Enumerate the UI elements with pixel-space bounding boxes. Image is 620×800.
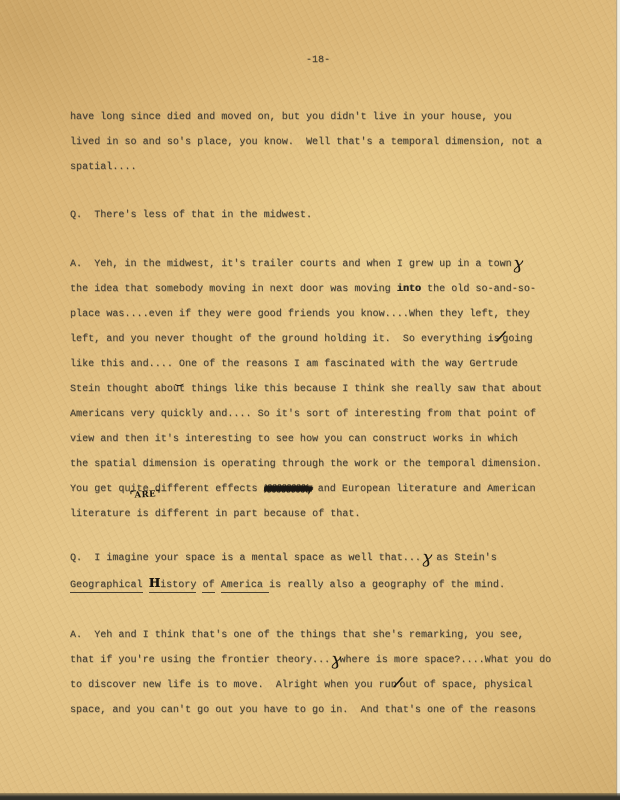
text-line: the spatial dimension is operating throu… — [70, 452, 566, 477]
underlined-title-word: of — [202, 580, 214, 593]
overstruck-word: into — [397, 284, 421, 295]
line-text: A. Yeh, in the midwest, it's trailer cou… — [70, 259, 512, 270]
line-text: as Stein's — [430, 553, 497, 564]
text-line: Geographical History of America is reall… — [70, 571, 566, 598]
pen-insertion-mark-icon: ɣ — [512, 258, 523, 269]
answer-1: A. Yeh, in the midwest, it's trailer cou… — [70, 252, 566, 527]
line-text: and European literature and American — [312, 484, 536, 495]
underlined-title-word: America — [221, 580, 269, 593]
pen-are-insertion: ⌜ARE⌝ — [129, 490, 160, 500]
text-line: spatial.... — [70, 155, 566, 180]
line-text: literature — [70, 509, 131, 520]
scribbled-out-word: xxxxxxxxx, — [262, 477, 313, 502]
scanned-page: -18- have long since died and moved on, … — [0, 0, 620, 800]
text-line: that if you're using the frontier theory… — [70, 648, 566, 673]
line-text: going — [502, 334, 532, 345]
line-text: different in part because of that. — [149, 509, 361, 520]
line-text: to discover new life is to move. Alright… — [70, 680, 397, 691]
word-with-insertion: ⌜ARE⌝is — [137, 502, 149, 527]
page-number: -18- — [70, 48, 566, 73]
line-text: out of space, physical — [399, 680, 532, 691]
underlined-title-word: Geographical — [70, 580, 143, 593]
word-text: One — [179, 359, 197, 370]
pen-undertie-mark-icon: ‿ — [175, 377, 183, 384]
text-line: Q. There's less of that in the midwest. — [70, 203, 566, 228]
text-line: place was....even if they were good frie… — [70, 302, 566, 327]
question-1: Q. There's less of that in the midwest. — [70, 203, 566, 228]
typewritten-sheet: -18- have long since died and moved on, … — [70, 0, 566, 723]
line-text: where is more space?....What you do — [339, 655, 551, 666]
text-line: lived in so and so's place, you know. We… — [70, 130, 566, 155]
line-text: You get quite different effects — [70, 484, 264, 495]
line-text: of the reasons I am fascinated with the … — [197, 359, 518, 370]
text-line: left, and you never thought of the groun… — [70, 327, 566, 352]
scan-edge-bottom — [0, 793, 620, 800]
question-2: Q. I imagine your space is a mental spac… — [70, 546, 566, 598]
word-text: is — [137, 509, 149, 520]
text-line: have long since died and moved on, but y… — [70, 105, 566, 130]
underlined-title-word: History — [149, 580, 197, 593]
text-line: the idea that somebody moving in next do… — [70, 277, 566, 302]
pen-capital-letter: H — [149, 576, 160, 590]
pen-insertion-mark-icon: ɣ — [421, 552, 432, 563]
text-line: space, and you can't go out you have to … — [70, 698, 566, 723]
scan-edge-right — [616, 0, 620, 800]
line-text: that if you're using the frontier theory… — [70, 655, 330, 666]
line-text: Q. I imagine your space is a mental spac… — [70, 553, 421, 564]
text-line: Stein thought about things like this bec… — [70, 377, 566, 402]
line-text: like this and.... — [70, 359, 179, 370]
line-text: the old so-and-so- — [421, 284, 536, 295]
text-line: to discover new life is to move. Alright… — [70, 673, 566, 698]
text-line: Americans very quickly and.... So it's s… — [70, 402, 566, 427]
line-text: is really also a geography of the mind. — [269, 580, 505, 591]
text-line: view and then it's interesting to see ho… — [70, 427, 566, 452]
word-text: istory — [160, 580, 196, 591]
text-line: A. Yeh and I think that's one of the thi… — [70, 623, 566, 648]
text-line: A. Yeh, in the midwest, it's trailer cou… — [70, 252, 566, 277]
paragraph-continued-answer: have long since died and moved on, but y… — [70, 105, 566, 180]
text-line: literature ⌜ARE⌝is different in part bec… — [70, 502, 566, 527]
text-line: like this and.... One‿ of the reasons I … — [70, 352, 566, 377]
answer-2: A. Yeh and I think that's one of the thi… — [70, 623, 566, 723]
line-text: the idea that somebody moving in next do… — [70, 284, 397, 295]
marked-word: One‿ — [179, 352, 197, 377]
line-text: left, and you never thought of the groun… — [70, 334, 500, 345]
text-line: Q. I imagine your space is a mental spac… — [70, 546, 566, 571]
pen-insertion-mark-icon: ɣ — [331, 654, 342, 665]
line-text — [215, 580, 221, 591]
